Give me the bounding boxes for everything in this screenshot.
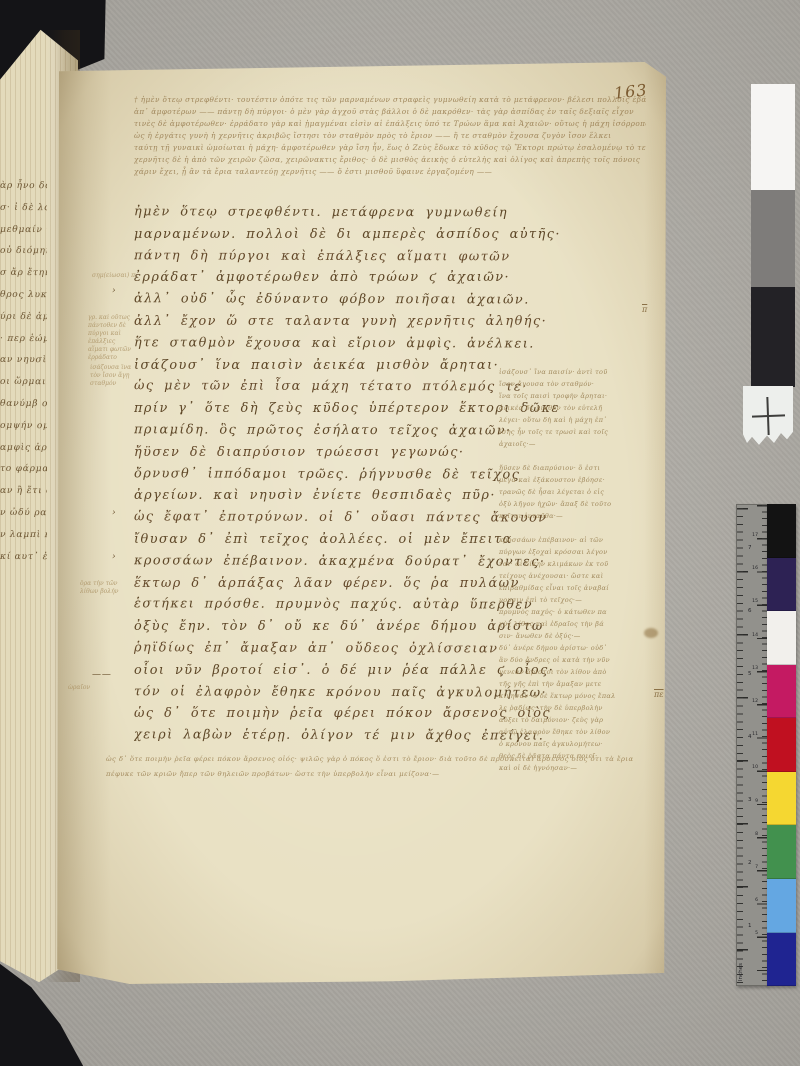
bottom-scholia-block: ὡς δ᾽ ὅτε ποιμὴν ῥεῖα φέρει πόκον ἄρσενο…: [106, 752, 636, 782]
right-scholia-line: πύργων ἐξοχαὶ κρόσσαι λέγον: [499, 546, 651, 558]
color-patch: [767, 558, 796, 612]
previous-page-line: αμφὶς ἀραιή: [0, 437, 47, 459]
right-scholia-line: γενεὰν ἄριστοι τὸν λίθον ἀπὸ: [499, 666, 651, 678]
right-scholia-line: ἐπιβαθμίδας εἶναι τοῖς ἀναβαί: [499, 582, 651, 594]
previous-page-line: ὰρ ἦνο δαμαὶ: [0, 176, 47, 198]
right-scholia-line: ἰσάζουσ᾽ ἵνα παισίν· ἀντὶ τοῦ: [499, 366, 651, 378]
inches-ruler: 7654321 171615141312111098765 Inches: [736, 504, 768, 986]
previous-page-line: ν λαμπὶ κίων: [0, 525, 47, 547]
top-scholia-line: ἀπ᾽ ἀμφοτέρων —— πάντῃ δὴ πύργοι· ὁ μὲν …: [134, 106, 646, 118]
grayscale-patch: [751, 190, 795, 287]
right-scholia-line: ἤϋσεν δὲ διαπρύσιον· ὅ ἐστι: [499, 462, 651, 474]
previous-page-line: αν νηυσὶ ἐβη: [0, 350, 47, 372]
top-scholia-line: χάριν ἔχει, ᾗ ἂν τὰ ἔρια ταλαντεύῃ χερνῆ…: [134, 166, 646, 178]
registration-cross-patch: [743, 386, 793, 448]
previous-page-line: μεθμαίν τω: [0, 219, 47, 241]
color-patch: [767, 933, 796, 987]
right-scholia-line: τῆς γῆς ἐπὶ τὴν ἄμαξαν μετε: [499, 678, 651, 690]
cm-number: 7: [755, 865, 758, 898]
diple-mark: ›: [112, 552, 116, 562]
top-scholia-line: ταύτῃ τῇ γυναικὶ ὡμοίωται ἡ μάχη· ἀμφοτέ…: [134, 142, 646, 154]
previous-page-line: κί αυτ᾽ ἐθώρη: [0, 546, 47, 568]
left-margin-note: γρ. καὶ οὕτως πάντοθεν δὲ πύργοι καὶ ἐπά…: [88, 314, 136, 362]
cm-number: 13: [752, 666, 758, 699]
main-text-line: μαρναμένων. πολλοὶ δὲ δι αμπερὲς ἀσπίδος…: [134, 224, 612, 246]
manuscript-photograph: { "photo": { "folio_number": "163", "clo…: [0, 0, 800, 1066]
inch-number: 2: [748, 860, 752, 923]
right-scholia-line: ἴσης ἦν τοῖς τε τρωσὶ καὶ τοῖς: [499, 426, 651, 438]
top-scholia-line: τινὲς δὲ ἀμφοτέρωθεν· ἐρράδατο γὰρ καὶ ᾑ…: [134, 118, 646, 130]
inch-number: 3: [748, 797, 752, 860]
inch-number: 6: [748, 608, 752, 671]
color-patch: [767, 718, 796, 772]
right-scholia-line: ἀεικέα δὲ μισθὸν τὸν εὐτελῆ: [499, 402, 651, 414]
right-scholia-line: ται· αἱ δίκην κλιμάκων ἐκ τοῦ: [499, 558, 651, 570]
quire-mark: π: [642, 305, 647, 314]
left-margin-note: ὅρα τὴν τῶν λίθων βολήν: [80, 580, 136, 596]
main-text-line: ἀλλ᾽ οὐδ᾽ ὧς ἐδύναντο φόβον ποιῆσαι ἀχαι…: [134, 288, 612, 311]
bottom-scholia-line: πέφυκε τῶν κριῶν ἤπερ τῶν θηλειῶν προβάτ…: [106, 767, 636, 782]
ruler-cm-numbers: 171615141312111098765: [752, 533, 758, 964]
ruler-label: Inches: [738, 963, 744, 981]
color-patch: [767, 772, 796, 826]
quire-mark: πε: [654, 690, 664, 699]
previous-page-line: οὐ διόμην: [0, 241, 47, 263]
main-text-line: ἠμὲν ὅτεῳ στρεφθέντι. μετάφρενα γυμνωθεί…: [134, 201, 612, 224]
right-scholia-line: χὺς λίθος καὶ ἑδραῖος τὴν βά: [499, 618, 651, 630]
right-scholia-line: ἵνα τοῖς παισὶ τροφὴν ἄρηται·: [499, 390, 651, 402]
previous-page-line: · περ ἑώμ: [0, 328, 47, 350]
grayscale-patch: [751, 287, 795, 387]
cm-number: 6: [755, 898, 758, 931]
right-scholia-line: ἴσον ἄγουσα τὸν σταθμόν·: [499, 378, 651, 390]
right-scholia-block: ἰσάζουσ᾽ ἵνα παισίν· ἀντὶ τοῦἴσον ἄγουσα…: [499, 366, 651, 774]
right-scholia-line: σιν· ἄνωθεν δὲ ὀξύς·—: [499, 630, 651, 642]
cm-number: 17: [752, 533, 758, 566]
inch-number: 4: [748, 734, 752, 797]
top-scholia-block: † ἠμὲν ὅτεῳ στρεφθέντι· τουτέστιν ὁπότε …: [134, 94, 646, 178]
right-scholia-line: αὐτῷ ἐλαφρὸν ἔθηκε τὸν λίθον: [499, 726, 651, 738]
right-scholia-line: μέγα καὶ ἐξάκουστον ἐβόησε·: [499, 474, 651, 486]
inch-number: 1: [748, 923, 752, 986]
cm-number: 12: [752, 699, 758, 732]
main-text-line: πάντη δὴ πύργοι καὶ ἐπάλξιες αἵματι φωτῶ…: [134, 245, 612, 268]
right-scholia-line: κροσσάων ἐπέβαινον· αἱ τῶν: [499, 534, 651, 546]
color-patch: [767, 665, 796, 719]
right-scholia-line: πρυμνὸς παχύς· ὁ κάτωθεν πα: [499, 606, 651, 618]
right-scholia-line: λέγει· οὕτω δὴ καὶ ἡ μάχη ἐπ᾽: [499, 414, 651, 426]
top-scholia-line: ὡς ἡ ἐργάτις γυνὴ ἡ χερνῆτις ἀκριβῶς ἵστ…: [134, 130, 646, 142]
previous-page-line: ομψήν ομ: [0, 416, 47, 438]
left-margin-note: ἰσάζουσα ἵνα τὸν ἴσον ἄγῃ σταθμόν: [90, 364, 136, 388]
previous-page-line: ύρι δὲ ἀμφὶ: [0, 307, 47, 329]
previous-page-line: σ· ἰ δὲ λαο: [0, 198, 47, 220]
right-scholia-line: κίνησαν· ὁ δὲ ἕκτωρ μόνος ἔπαλ: [499, 690, 651, 702]
previous-page-line: οι ὥρμαιν: [0, 372, 47, 394]
color-patch: [767, 825, 796, 879]
right-scholia-line: νουσιν ἐπὶ τὸ τεῖχος·—: [499, 594, 651, 606]
cm-number: 15: [752, 599, 758, 632]
cm-number: 11: [752, 732, 758, 765]
color-calibration-strip: [767, 504, 796, 986]
previous-page-line: ν ὠδύ ραν: [0, 503, 47, 525]
ink-speck: [711, 237, 714, 240]
cm-number: 5: [755, 931, 758, 964]
right-scholia-line: λε ῥᾳδίως· τὴν δὲ ὑπερβολὴν: [499, 702, 651, 714]
previous-page-line: το φάρμακ: [0, 459, 47, 481]
ruler-inch-numbers: 7654321: [748, 545, 752, 986]
inch-number: 7: [748, 545, 752, 608]
main-text-line: ἐρράδατ᾽ ἀμφοτέρωθεν ἀπὸ τρώων ϛ ἀχαιῶν·: [134, 267, 612, 289]
right-scholia-line: αὔξει τὸ δαιμόνιον· ζεὺς γὰρ: [499, 714, 651, 726]
diple-mark: ›: [112, 508, 116, 518]
cm-number: 10: [752, 765, 758, 798]
main-text-line: ἀλλ᾽ ἔχον ὥ στε ταλαντα γυνὴ χερνῆτις ἀλ…: [134, 311, 612, 333]
color-patch: [767, 504, 796, 558]
right-scholia-line: δύ᾽ ἀνέρε δήμου ἀρίστω· οὐδ᾽: [499, 642, 651, 654]
cm-number: 16: [752, 566, 758, 599]
right-scholia-line: κεῖται ἐνταῦθα·—: [499, 510, 651, 522]
previous-page-line: σ ἄρ ἔτην: [0, 263, 47, 285]
cm-number: 14: [752, 633, 758, 666]
right-scholia-line: ὁ κρόνου παῖς ἀγκυλομήτεω·: [499, 738, 651, 750]
left-margin-note: ὡραῖον: [68, 684, 112, 692]
inch-number: 5: [748, 671, 752, 734]
marginal-abbreviation: ἀρχ: [676, 586, 687, 593]
right-scholia-line: [499, 450, 651, 462]
color-patch: [767, 879, 796, 933]
right-scholia-line: τρανῶς δὲ ἦσαι λέγεται ὁ εἰς: [499, 486, 651, 498]
right-scholia-line: ἂν δύο ἄνδρες οἱ κατὰ τὴν νῦν: [499, 654, 651, 666]
previous-page-text-edge: ὰρ ἦνο δαμαὶσ· ἰ δὲ λαομεθμαίν τωοὐ διόμ…: [0, 176, 47, 876]
grayscale-patch: [751, 84, 795, 190]
dash-mark: — —: [92, 670, 110, 680]
previous-page-line: θρος λυκίων: [0, 285, 47, 307]
cm-number: 9: [755, 799, 758, 832]
right-scholia-line: τείχους ἀνέχουσαι· ὥστε καὶ: [499, 570, 651, 582]
diple-mark: ›: [112, 286, 116, 296]
top-scholia-line: χερνῆτις δὲ ἡ ἀπὸ τῶν χειρῶν ζῶσα, χειρῶ…: [134, 154, 646, 166]
right-scholia-line: [499, 522, 651, 534]
top-scholia-line: † ἠμὲν ὅτεῳ στρεφθέντι· τουτέστιν ὁπότε …: [134, 94, 646, 106]
manuscript-page: 163 † ἠμὲν ὅτεῳ στρεφθέντι· τουτέστιν ὁπ…: [56, 62, 666, 984]
right-scholia-line: ἀχαιοῖς·—: [499, 438, 651, 450]
color-patch: [767, 611, 796, 665]
cm-number: 8: [755, 832, 758, 865]
grayscale-calibration-strip: [751, 84, 795, 387]
bottom-scholia-line: ὡς δ᾽ ὅτε ποιμὴν ῥεῖα φέρει πόκον ἄρσενο…: [106, 752, 636, 767]
previous-page-line: αν ἢ ἔτι ὄρη: [0, 481, 47, 503]
previous-page-line: θανύμβ ομ: [0, 394, 47, 416]
left-margin-note: σημ(είωσαι) πτ~: [92, 272, 136, 280]
main-text-line: ἥτε σταθμὸν ἔχουσα καὶ εἴριον ἀμφὶς. ἀνέ…: [134, 332, 612, 355]
right-scholia-line: ὀξὺ λῆγον ἠχῶν· ἅπαξ δὲ τοῦτο: [499, 498, 651, 510]
